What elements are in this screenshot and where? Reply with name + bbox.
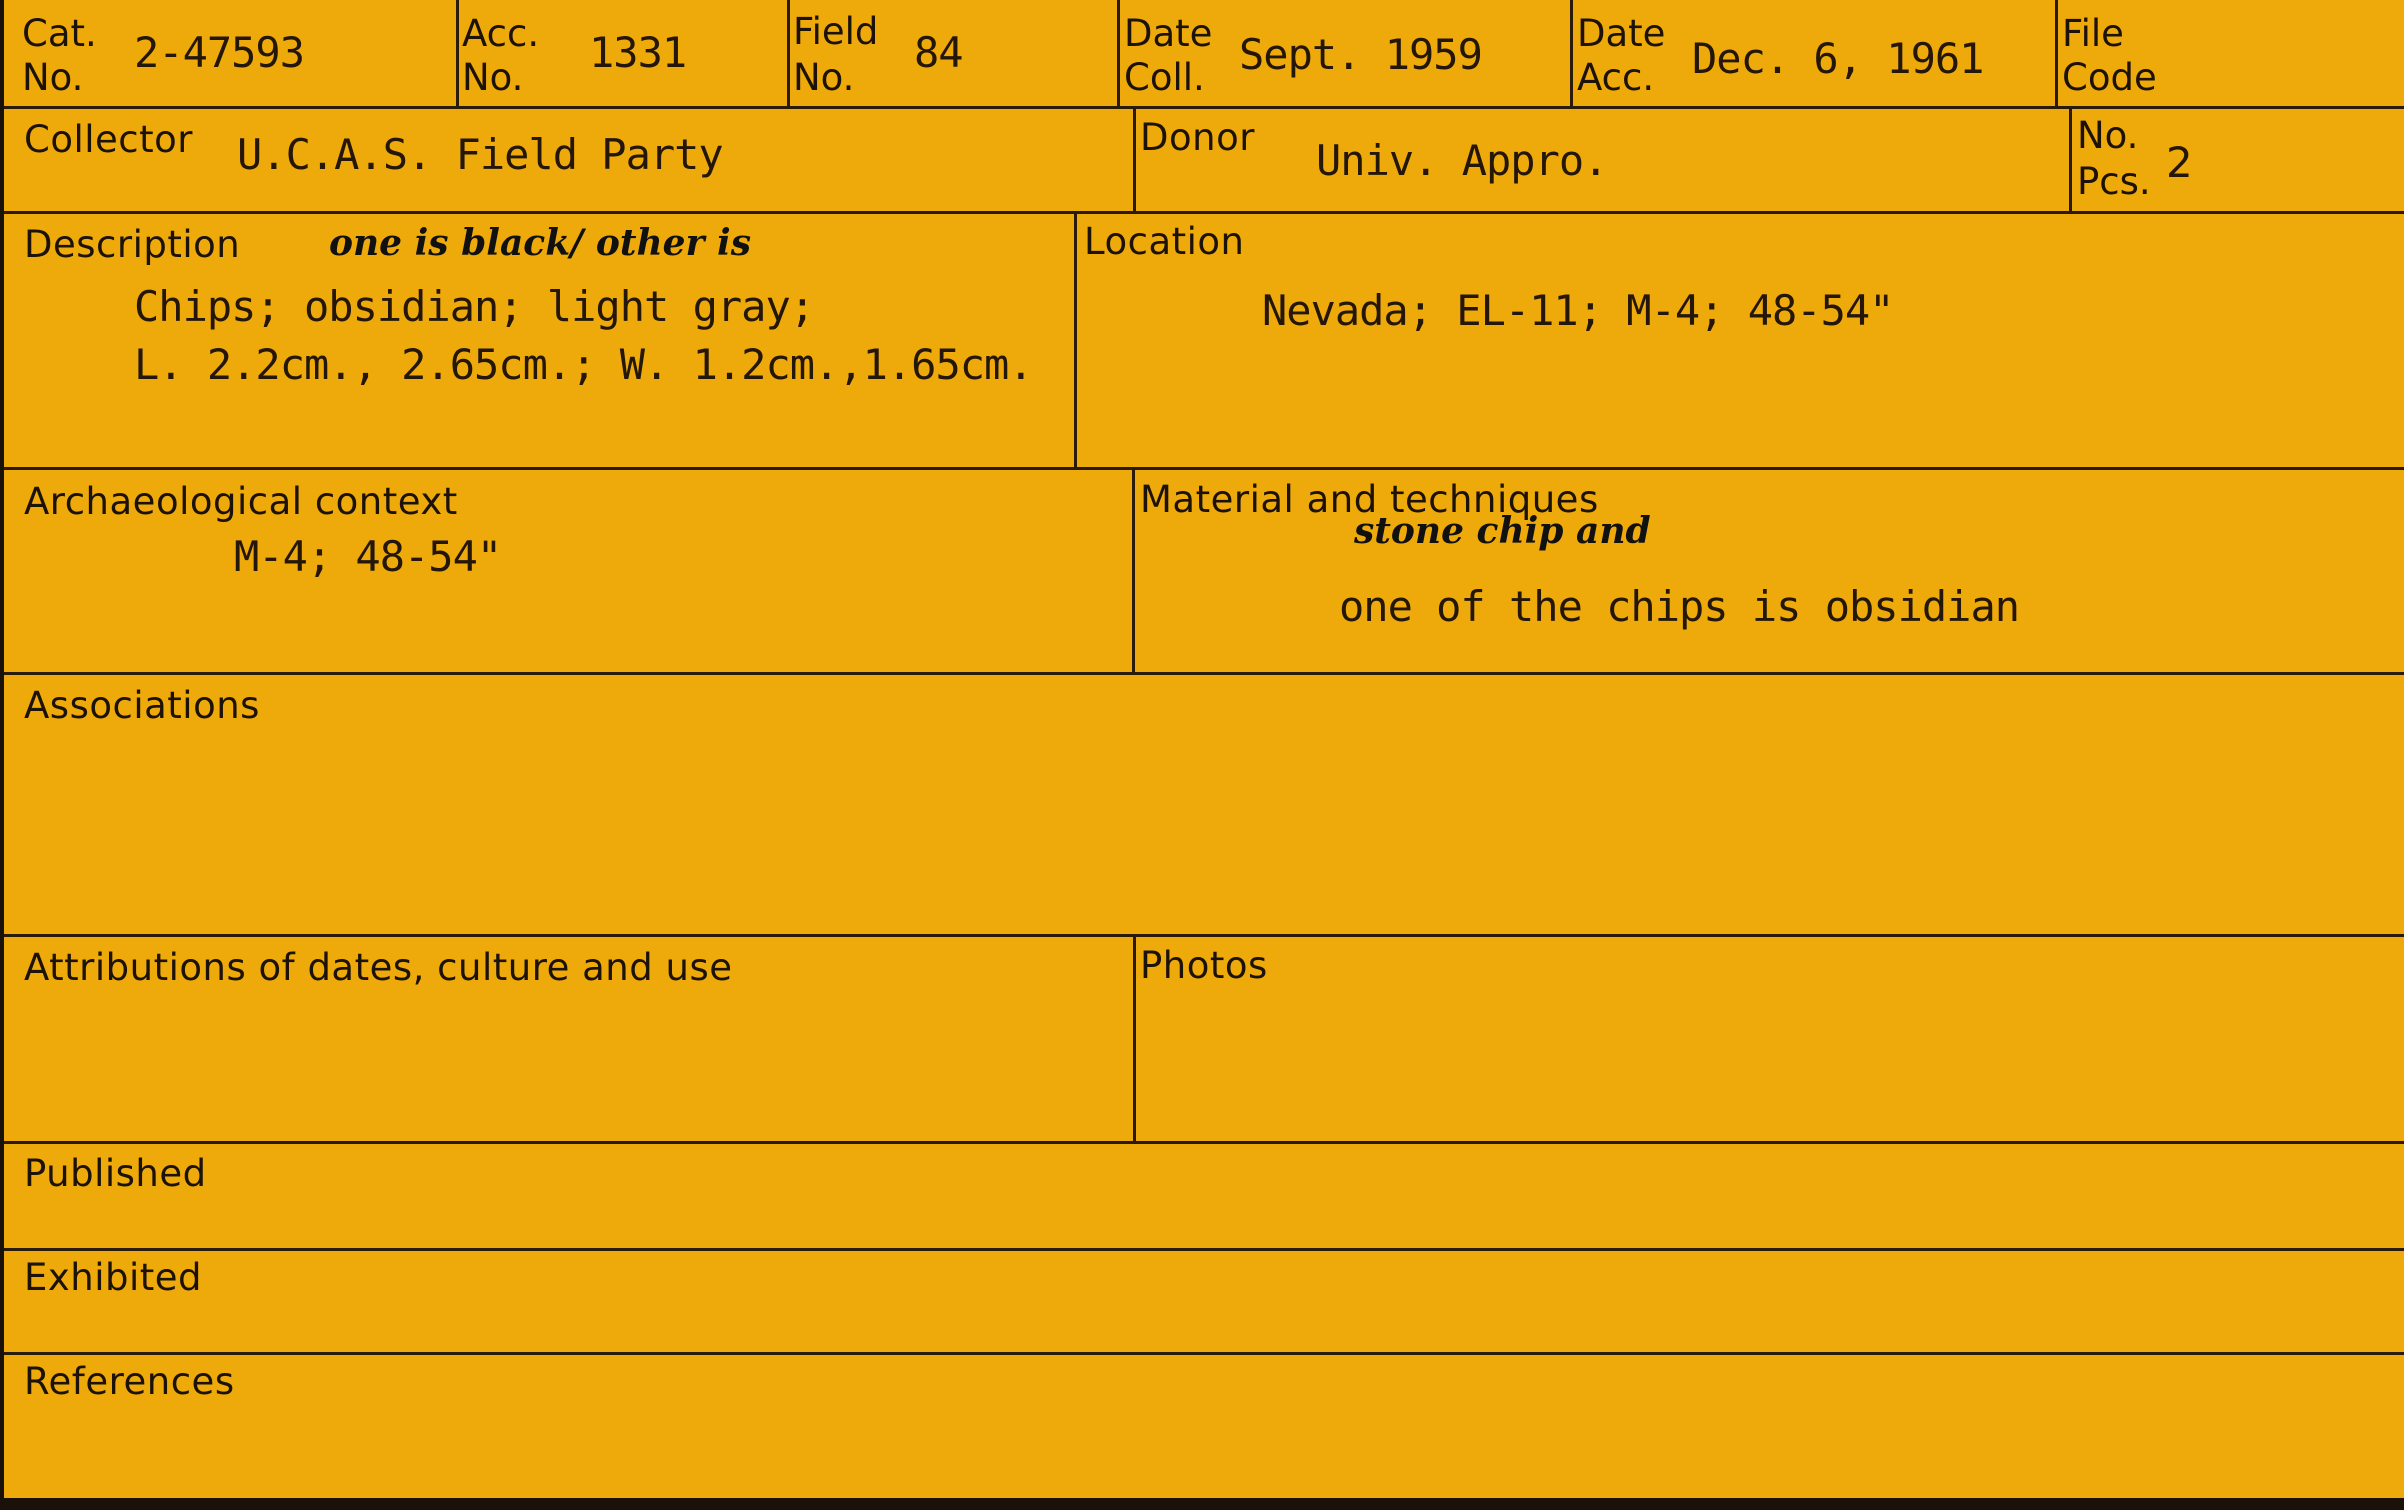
- exhibited-label: Exhibited: [24, 1258, 202, 1298]
- acc-no-label-bottom: No.: [462, 56, 523, 100]
- cat-no-value: 2-47593: [134, 28, 304, 77]
- no-pcs-value: 2: [2166, 138, 2192, 187]
- donor-label: Donor: [1140, 118, 1255, 158]
- archaeological-context-label: Archaeological context: [24, 482, 458, 522]
- row-divider: [4, 467, 2404, 470]
- acc-no-label-top: Acc.: [462, 12, 539, 56]
- description-label: Description: [24, 225, 240, 265]
- description-line-2: L. 2.2cm., 2.65cm.; W. 1.2cm.,1.65cm.: [134, 340, 1033, 389]
- attributions-label: Attributions of dates, culture and use: [24, 948, 733, 988]
- column-divider: [1133, 935, 1136, 1142]
- file-code-label-top: File: [2062, 12, 2124, 56]
- column-divider: [456, 0, 459, 107]
- archaeological-context-value: M-4; 48-54": [234, 532, 501, 581]
- date-coll-label-top: Date: [1124, 12, 1212, 56]
- column-divider: [1133, 107, 1136, 212]
- row-divider: [4, 672, 2404, 675]
- associations-label: Associations: [24, 686, 260, 726]
- references-label: References: [24, 1362, 235, 1402]
- material-handwritten-note: stone chip and: [1354, 510, 1651, 552]
- column-divider: [1117, 0, 1120, 107]
- date-acc-label-top: Date: [1577, 12, 1665, 56]
- location-label: Location: [1084, 222, 1245, 262]
- column-divider: [2055, 0, 2058, 107]
- row-divider: [4, 1352, 2404, 1355]
- date-coll-value: Sept. 1959: [1239, 30, 1482, 79]
- date-acc-value: Dec. 6, 1961: [1692, 34, 1983, 83]
- photos-label: Photos: [1140, 946, 1268, 986]
- material-value: one of the chips is obsidian: [1339, 582, 2019, 631]
- column-divider: [787, 0, 790, 107]
- cat-no-label-top: Cat.: [22, 12, 97, 56]
- date-coll-label-bottom: Coll.: [1124, 56, 1205, 100]
- no-pcs-label-top: No.: [2077, 114, 2138, 158]
- catalog-card: Cat. No. 2-47593 Acc. No. 1331 Field No.…: [0, 0, 2404, 1498]
- description-handwritten-note: one is black/ other is: [329, 222, 751, 264]
- donor-value: Univ. Appro.: [1316, 136, 1607, 185]
- field-no-label-top: Field: [793, 10, 878, 54]
- row-divider: [4, 211, 2404, 214]
- row-divider: [4, 1248, 2404, 1251]
- column-divider: [1132, 468, 1135, 673]
- field-no-label-bottom: No.: [793, 56, 854, 100]
- description-line-1: Chips; obsidian; light gray;: [134, 282, 814, 331]
- column-divider: [1074, 212, 1077, 468]
- row-divider: [4, 934, 2404, 937]
- column-divider: [2069, 107, 2072, 212]
- cat-no-label-bottom: No.: [22, 56, 83, 100]
- acc-no-value: 1331: [589, 28, 686, 77]
- column-divider: [1570, 0, 1573, 107]
- published-label: Published: [24, 1154, 207, 1194]
- collector-label: Collector: [24, 120, 193, 160]
- collector-value: U.C.A.S. Field Party: [237, 130, 723, 179]
- file-code-label-bottom: Code: [2062, 56, 2157, 100]
- field-no-value: 84: [914, 28, 963, 77]
- row-divider: [4, 106, 2404, 109]
- no-pcs-label-bottom: Pcs.: [2077, 160, 2151, 204]
- row-divider: [4, 1141, 2404, 1144]
- date-acc-label-bottom: Acc.: [1577, 56, 1654, 100]
- location-value: Nevada; EL-11; M-4; 48-54": [1262, 286, 1893, 335]
